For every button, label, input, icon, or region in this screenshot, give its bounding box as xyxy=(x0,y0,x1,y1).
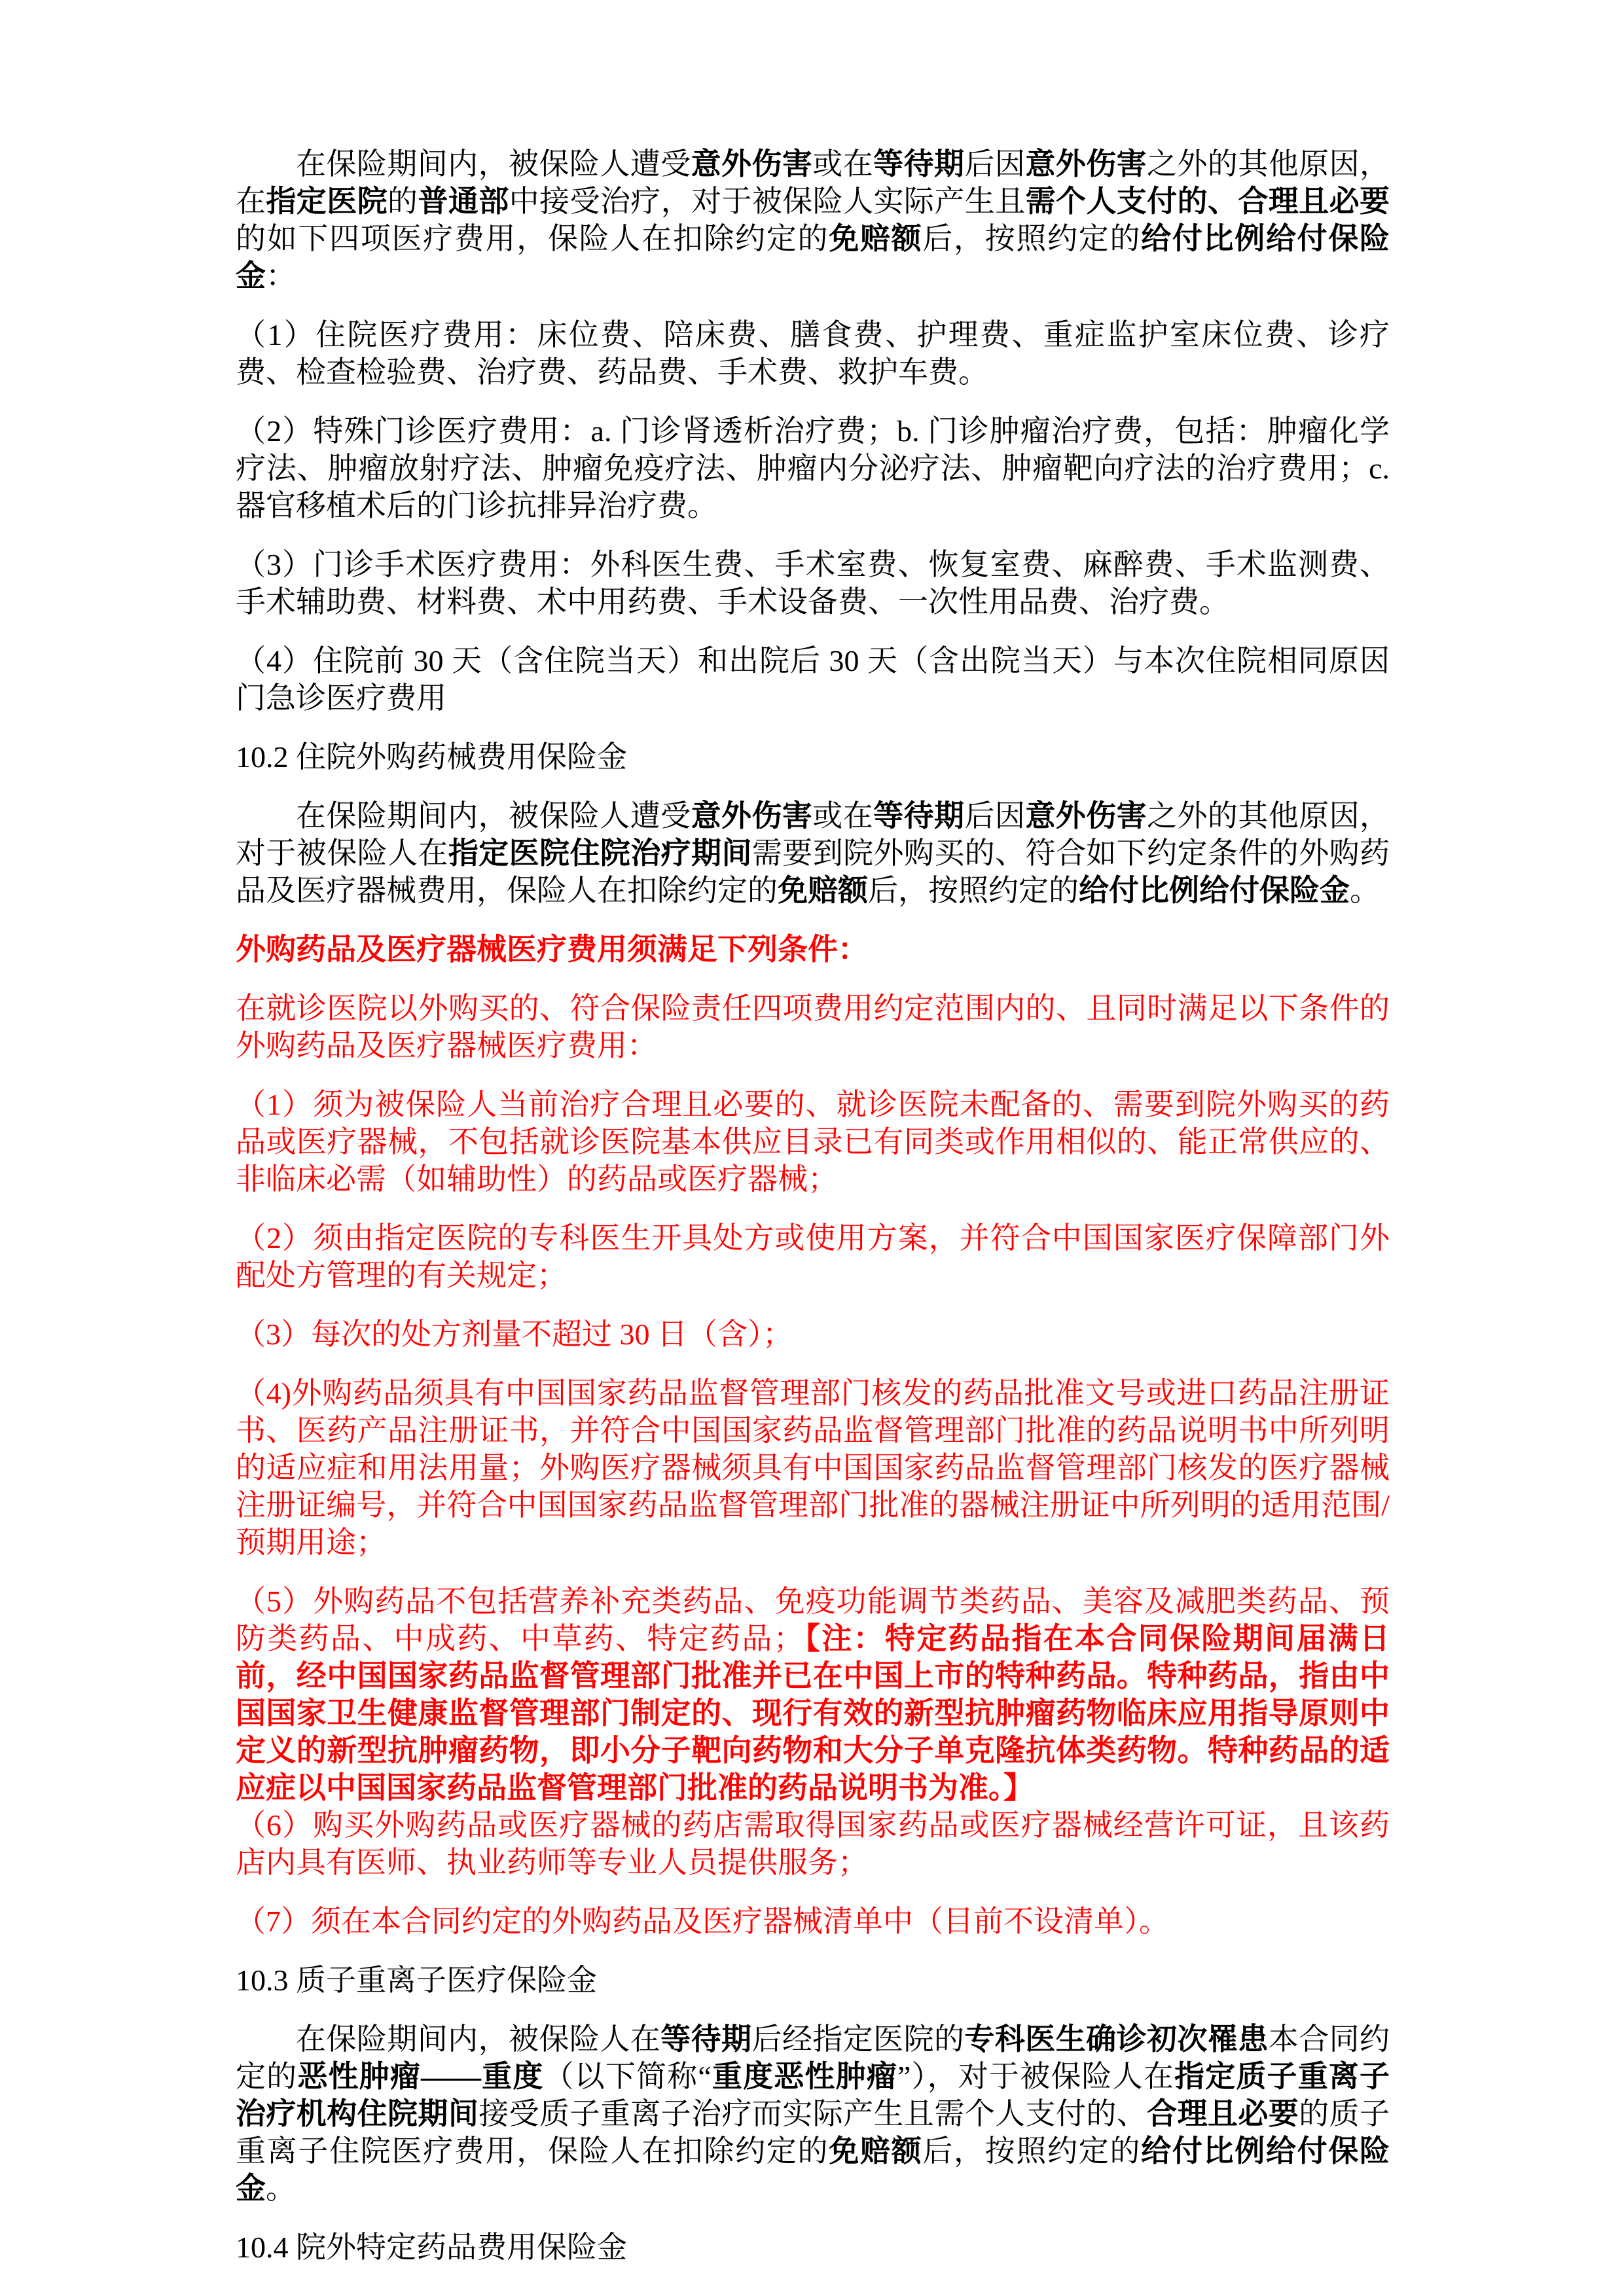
text-run: 后，按照约定的 xyxy=(922,2134,1141,2168)
text-run: 外购药品及医疗器械医疗费用须满足下列条件： xyxy=(236,933,868,966)
clause-10-3-intro: 在保险期间内，被保险人在等待期后经指定医院的专科医生确诊初次罹患本合同约定的恶性… xyxy=(236,2020,1390,2207)
text-run: 意外伤害 xyxy=(691,799,813,833)
text-run: 10.3 质子重离子医疗保险金 xyxy=(236,1964,597,1997)
red-condition-7: （7）须在本合同约定的外购药品及医疗器械清单中（目前不设清单）。 xyxy=(236,1903,1390,1940)
text-run: 等待期 xyxy=(660,2022,751,2056)
text-run: 后经指定医院的 xyxy=(751,2022,964,2056)
text-run: 给付比例给付保险金 xyxy=(1079,874,1350,907)
text-run: （以下简称“ xyxy=(544,2060,712,2093)
red-conditions-intro: 在就诊医院以外购买的、符合保险责任四项费用约定范围内的、且同时满足以下条件的外购… xyxy=(236,990,1390,1064)
clause-10-1-item-1: （1）住院医疗费用：床位费、陪床费、膳食费、护理费、重症监护室床位费、诊疗费、检… xyxy=(236,316,1390,391)
text-run: 或在 xyxy=(812,147,873,181)
text-run: （3）门诊手术医疗费用：外科医生费、手术室费、恢复室费、麻醉费、手术监测费、手术… xyxy=(236,548,1390,619)
text-run: ： xyxy=(266,259,296,293)
text-run: 需个人支付的、合理且必要 xyxy=(1026,185,1390,218)
text-run: 中接受治疗，对于被保险人实际产生且 xyxy=(509,185,1026,218)
text-run: 等待期 xyxy=(873,799,964,833)
clause-10-1-item-4: （4）住院前 30 天（含住院当天）和出院后 30 天（含出院当天）与本次住院相… xyxy=(236,642,1390,717)
text-run: 后，按照约定的 xyxy=(922,222,1141,255)
text-run: 或在 xyxy=(812,799,873,833)
red-condition-1: （1）须为被保险人当前治疗合理且必要的、就诊医院未配备的、需要到院外购买的药品或… xyxy=(236,1086,1390,1198)
text-run: 恶性肿瘤——重度 xyxy=(297,2060,543,2093)
text-run: 免赔额 xyxy=(829,222,922,255)
text-run: （2）特殊门诊医疗费用：a. 门诊肾透析治疗费；b. 门诊肿瘤治疗费，包括：肿瘤… xyxy=(236,414,1390,522)
text-run: 指定医院住院治疗期间 xyxy=(448,836,752,870)
text-run: （4)外购药品须具有中国国家药品监督管理部门核发的药品批准文号或进口药品注册证书… xyxy=(236,1376,1390,1559)
text-run: （7）须在本合同约定的外购药品及医疗器械清单中（目前不设清单）。 xyxy=(236,1905,1169,1938)
clause-10-1-item-3: （3）门诊手术医疗费用：外科医生费、手术室费、恢复室费、麻醉费、手术监测费、手术… xyxy=(236,546,1390,620)
text-run: （1）须为被保险人当前治疗合理且必要的、就诊医院未配备的、需要到院外购买的药品或… xyxy=(236,1088,1390,1196)
text-run: 重度恶性肿瘤 xyxy=(712,2060,897,2093)
red-condition-5: （5）外购药品不包括营养补充类药品、免疫功能调节类药品、美容及减肥类药品、预防类… xyxy=(236,1583,1390,1806)
text-run: 免赔额 xyxy=(778,874,868,907)
text-run: 普通部 xyxy=(418,185,509,218)
text-run: 意外伤害 xyxy=(1025,799,1147,833)
text-run: （2）须由指定医院的专科医生开具处方或使用方案，并符合中国国家医疗保障部门外配处… xyxy=(236,1221,1390,1292)
clause-10-1-intro: 在保险期间内，被保险人遭受意外伤害或在等待期后因意外伤害之外的其他原因，在指定医… xyxy=(236,145,1390,295)
text-run: 的 xyxy=(388,185,418,218)
text-run: ”），对于被保险人在 xyxy=(897,2060,1174,2093)
text-run: 后，按照约定的 xyxy=(868,874,1079,907)
clause-10-1-item-2: （2）特殊门诊医疗费用：a. 门诊肾透析治疗费；b. 门诊肿瘤治疗费，包括：肿瘤… xyxy=(236,412,1390,524)
text-run: 在保险期间内，被保险人在 xyxy=(296,2022,660,2056)
text-run: 等待期 xyxy=(873,147,964,181)
text-run: 10.2 住院外购药械费用保险金 xyxy=(236,740,627,774)
text-run: 专科医生确诊初次罹患 xyxy=(964,2022,1268,2056)
red-conditions-title: 外购药品及医疗器械医疗费用须满足下列条件： xyxy=(236,931,1390,968)
text-run: 在保险期间内，被保险人遭受 xyxy=(296,147,691,181)
text-run: （4）住院前 30 天（含住院当天）和出院后 30 天（含出院当天）与本次住院相… xyxy=(236,644,1390,715)
text-run: 接受质子重离子治疗而实际产生且需个人支付的、 xyxy=(478,2097,1147,2130)
section-heading-10-2: 10.2 住院外购药械费用保险金 xyxy=(236,738,1390,776)
text-run: 免赔额 xyxy=(829,2134,922,2168)
text-run: 的如下四项医疗费用，保险人在扣除约定的 xyxy=(236,222,829,255)
section-heading-10-4: 10.4 院外特定药品费用保险金 xyxy=(236,2229,1390,2266)
clause-10-2-intro: 在保险期间内，被保险人遭受意外伤害或在等待期后因意外伤害之外的其他原因，对于被保… xyxy=(236,797,1390,909)
text-run: 指定医院 xyxy=(266,185,388,218)
red-condition-3: （3）每次的处方剂量不超过 30 日（含）； xyxy=(236,1316,1390,1353)
text-run: 。 xyxy=(266,2172,296,2205)
text-run: 意外伤害 xyxy=(691,147,813,181)
red-condition-4: （4)外购药品须具有中国国家药品监督管理部门核发的药品批准文号或进口药品注册证书… xyxy=(236,1374,1390,1561)
red-condition-6: （6）购买外购药品或医疗器械的药店需取得国家药品或医疗器械经营许可证，且该药店内… xyxy=(236,1806,1390,1881)
text-run: （6）购买外购药品或医疗器械的药店需取得国家药品或医疗器械经营许可证，且该药店内… xyxy=(236,1808,1390,1879)
text-run: 在保险期间内，被保险人遭受 xyxy=(296,799,691,833)
text-run: 。 xyxy=(1350,874,1380,907)
text-run: 在就诊医院以外购买的、符合保险责任四项费用约定范围内的、且同时满足以下条件的外购… xyxy=(236,992,1390,1062)
text-run: 合理且必要 xyxy=(1147,2097,1299,2130)
document-page: 在保险期间内，被保险人遭受意外伤害或在等待期后因意外伤害之外的其他原因，在指定医… xyxy=(0,0,1624,2296)
section-heading-10-3: 10.3 质子重离子医疗保险金 xyxy=(236,1962,1390,1999)
text-run: 意外伤害 xyxy=(1025,147,1147,181)
text-run: 后因 xyxy=(964,799,1025,833)
text-run: 后因 xyxy=(964,147,1025,181)
text-run: （3）每次的处方剂量不超过 30 日（含）； xyxy=(236,1318,793,1351)
text-run: （1）住院医疗费用：床位费、陪床费、膳食费、护理费、重症监护室床位费、诊疗费、检… xyxy=(236,318,1390,389)
text-run: 10.4 院外特定药品费用保险金 xyxy=(236,2231,627,2264)
red-condition-2: （2）须由指定医院的专科医生开具处方或使用方案，并符合中国国家医疗保障部门外配处… xyxy=(236,1219,1390,1294)
